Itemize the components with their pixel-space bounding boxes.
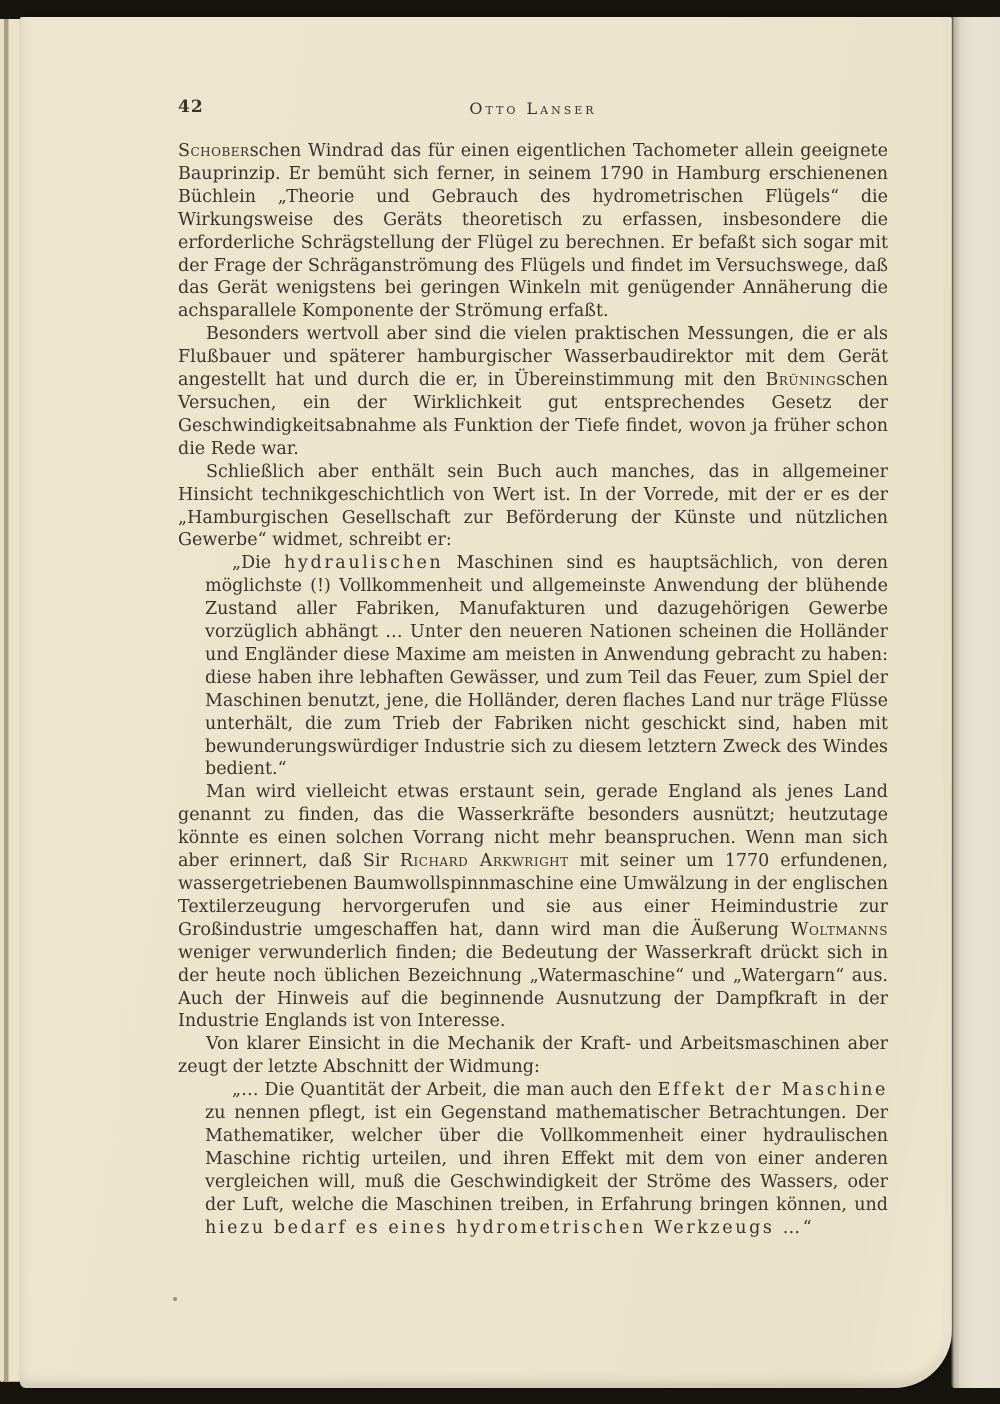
book-photo: 42 Otto Lanser Schoberschen Windrad das … — [0, 0, 1000, 1404]
page-number: 42 — [178, 97, 204, 117]
paragraph: Man wird vielleicht etwas erstaunt sein,… — [178, 781, 888, 1033]
paragraph: Besonders wertvoll aber sind die vielen … — [178, 323, 888, 460]
text-run: Schließlich aber enthält sein Buch auch … — [178, 462, 888, 551]
text-run: weniger verwunderlich finden; die Bedeut… — [178, 943, 888, 1032]
text-run: zu nennen pflegt, ist ein Gegenstand mat… — [205, 1103, 888, 1215]
paragraph: Schoberschen Windrad das für einen eigen… — [178, 140, 888, 323]
running-head: 42 Otto Lanser — [178, 17, 888, 121]
paragraph: „Die hydraulischen Maschinen sind es hau… — [205, 552, 888, 781]
text-run: „… Die Quantität der Arbeit, die man auc… — [232, 1080, 658, 1100]
paragraph: Von klarer Einsicht in die Mechanik der … — [178, 1033, 888, 1079]
adjacent-page-edge — [951, 17, 1000, 1388]
text-run: „Die — [232, 553, 284, 573]
small-caps-name: Richard Arkwright — [400, 851, 569, 871]
letterspaced-phrase: Effekt der Maschine — [658, 1080, 888, 1100]
text-run: Maschinen sind es hauptsächlich, von der… — [205, 553, 888, 779]
text-run: Von klarer Einsicht in die Mechanik der … — [178, 1034, 888, 1077]
small-caps-name: Woltmanns — [791, 920, 889, 940]
paragraph: „… Die Quantität der Arbeit, die man auc… — [205, 1079, 888, 1239]
small-caps-name: Brüning — [765, 370, 836, 390]
text-block: Schoberschen Windrad das für einen eigen… — [178, 140, 888, 1240]
letterspaced-phrase: hydraulischen — [284, 553, 443, 573]
running-title: Otto Lanser — [469, 99, 596, 118]
book-page: 42 Otto Lanser Schoberschen Windrad das … — [20, 17, 952, 1388]
small-caps-name: Schober — [178, 141, 250, 161]
letterspaced-phrase: hiezu bedarf es eines hydrometrischen We… — [205, 1218, 814, 1238]
paper-speck — [173, 1297, 177, 1301]
text-run: schen Windrad das für einen eigentlichen… — [178, 141, 888, 321]
paragraph: Schließlich aber enthält sein Buch auch … — [178, 461, 888, 553]
